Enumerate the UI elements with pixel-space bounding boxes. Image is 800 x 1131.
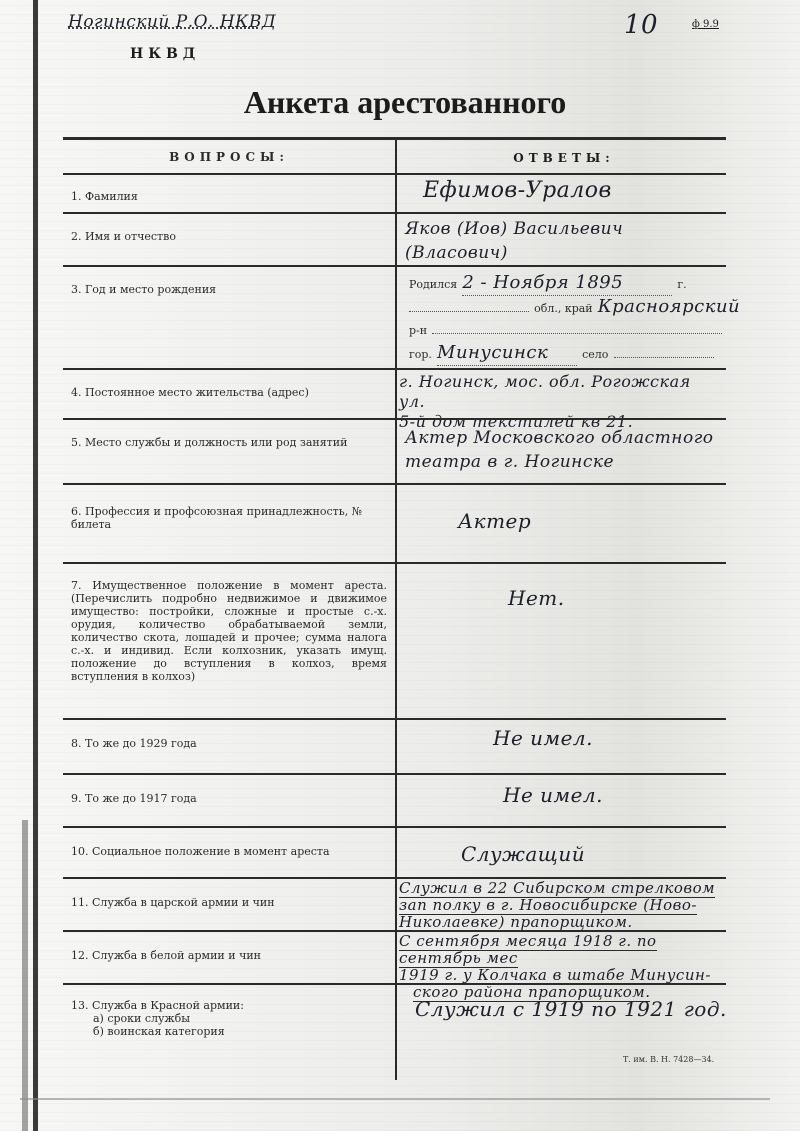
region-label: обл., край <box>534 302 593 315</box>
answer-5: Актер Московского областного театра в г.… <box>405 426 723 474</box>
answer-6: Актер <box>458 509 776 533</box>
answer-name-patronymic: Яков (Иов) Васильевич (Власович) <box>405 217 723 265</box>
birth-region: Красноярский <box>598 296 740 317</box>
answer-11: Служил в 22 Сибирском стрелковом зап пол… <box>399 880 725 931</box>
question-11: 11. Служба в царской армии и чин <box>71 896 387 909</box>
question-12: 12. Служба в белой армии и чин <box>71 949 387 962</box>
question-13-title: 13. Служба в Красной армии: <box>71 999 387 1012</box>
question-3: 3. Год и место рождения <box>71 283 387 296</box>
sheet-number: 10 <box>624 10 658 40</box>
table-header-row: ВОПРОСЫ: ОТВЕТЫ: <box>63 137 726 173</box>
address-line-1: г. Ногинск, мос. обл. Рогожская ул. <box>399 372 717 412</box>
question-13-sub-b: б) воинская категория <box>71 1025 387 1038</box>
answer-7: Нет. <box>508 586 800 610</box>
oblast-blank <box>409 311 529 312</box>
column-header-answers: ОТВЕТЫ: <box>405 151 723 165</box>
binding-edge <box>33 0 38 1131</box>
answer-1: Ефимов-Уралов <box>405 179 723 203</box>
district-label: р-н <box>409 324 427 337</box>
property-1929-answer: Не имел. <box>493 726 800 750</box>
print-code: Т. им. В. Н. 7428—34. <box>623 1055 714 1064</box>
question-8: 8. То же до 1929 года <box>71 737 387 750</box>
table-row: 8. То же до 1929 года Не имел. <box>63 718 726 773</box>
table-row: 6. Профессия и профсоюзная принадлежност… <box>63 483 726 562</box>
table-row: 3. Год и место рождения Родился 2 - Нояб… <box>63 265 726 368</box>
table-row: 10. Социальное положение в момент ареста… <box>63 826 726 877</box>
handwritten-header-note: Ногинский Р.О. НКВД <box>68 12 276 32</box>
table-row: 2. Имя и отчество Яков (Иов) Васильевич … <box>63 212 726 265</box>
question-9: 9. То же до 1917 года <box>71 792 387 805</box>
workplace-line-2: театра в г. Ногинске <box>405 450 723 474</box>
document-title: Анкета арестованного <box>0 84 800 121</box>
birth-city: Минусинск <box>437 341 577 366</box>
white-army-line-1: С сентября месяца 1918 г. по сентябрь ме… <box>399 933 725 967</box>
profession-answer: Актер <box>458 509 776 533</box>
red-army-service-answer: Служил с 1919 по 1921 год. <box>415 997 733 1021</box>
year-suffix: г. <box>677 278 686 291</box>
question-13: 13. Служба в Красной армии: а) сроки слу… <box>71 999 387 1038</box>
social-status-answer: Служащий <box>461 842 779 866</box>
table-row: 4. Постоянное место жительства (адрес) г… <box>63 368 726 418</box>
answer-2: Яков (Иов) Васильевич (Власович) <box>405 217 723 265</box>
question-4: 4. Постоянное место жительства (адрес) <box>71 386 387 399</box>
birth-district <box>432 333 722 334</box>
village-label: село <box>582 348 608 361</box>
workplace-line-1: Актер Московского областного <box>405 426 723 450</box>
form-code: ф 9.9 <box>692 19 719 30</box>
table-row: 5. Место службы и должность или род заня… <box>63 418 726 483</box>
white-army-line-2: 1919 г. у Колчака в штабе Минусин- <box>399 967 725 984</box>
tsarist-service-line-3: Николаевке) прапорщиком. <box>399 914 725 931</box>
table-row: 12. Служба в белой армии и чин С сентябр… <box>63 930 726 983</box>
page-bottom-edge <box>20 1098 770 1100</box>
question-5: 5. Место службы и должность или род заня… <box>71 436 387 449</box>
table-row: 7. Имущественное положение в момент арес… <box>63 562 726 718</box>
questionnaire-table: ВОПРОСЫ: ОТВЕТЫ: 1. Фамилия Ефимов-Урало… <box>63 137 726 1080</box>
column-header-questions: ВОПРОСЫ: <box>71 151 387 164</box>
question-2: 2. Имя и отчество <box>71 230 387 243</box>
tsarist-service-line-1: Служил в 22 Сибирском стрелковом <box>399 880 725 897</box>
answer-3-birth: Родился 2 - Ноября 1895 г. обл., край Кр… <box>409 271 727 363</box>
table-row: 11. Служба в царской армии и чин Служил … <box>63 877 726 930</box>
answer-10: Служащий <box>461 842 779 866</box>
question-13-sub-a: а) сроки службы <box>71 1012 387 1025</box>
birth-village <box>614 357 714 358</box>
city-label: гор. <box>409 348 432 361</box>
question-10: 10. Социальное положение в момент ареста <box>71 845 387 858</box>
answer-8: Не имел. <box>493 726 800 750</box>
question-6: 6. Профессия и профсоюзная принадлежност… <box>71 505 387 531</box>
property-1917-answer: Не имел. <box>503 783 800 807</box>
table-row: 9. То же до 1917 года Не имел. <box>63 773 726 826</box>
born-label: Родился <box>409 278 457 291</box>
table-row: 1. Фамилия Ефимов-Уралов <box>63 173 726 212</box>
question-1: 1. Фамилия <box>71 190 387 203</box>
property-answer: Нет. <box>508 586 800 610</box>
answer-surname: Ефимов-Уралов <box>405 179 723 203</box>
answer-13: Служил с 1919 по 1921 год. <box>415 997 733 1021</box>
answer-9: Не имел. <box>503 783 800 807</box>
question-7: 7. Имущественное положение в момент арес… <box>71 579 387 683</box>
birth-date: 2 - Ноября 1895 <box>462 271 672 296</box>
table-row: 13. Служба в Красной армии: а) сроки слу… <box>63 983 726 1080</box>
tsarist-service-line-2: зап полку в г. Новосибирске (Ново- <box>399 897 725 914</box>
organization-label: НКВД <box>130 46 200 62</box>
binding-shadow <box>22 820 28 1131</box>
